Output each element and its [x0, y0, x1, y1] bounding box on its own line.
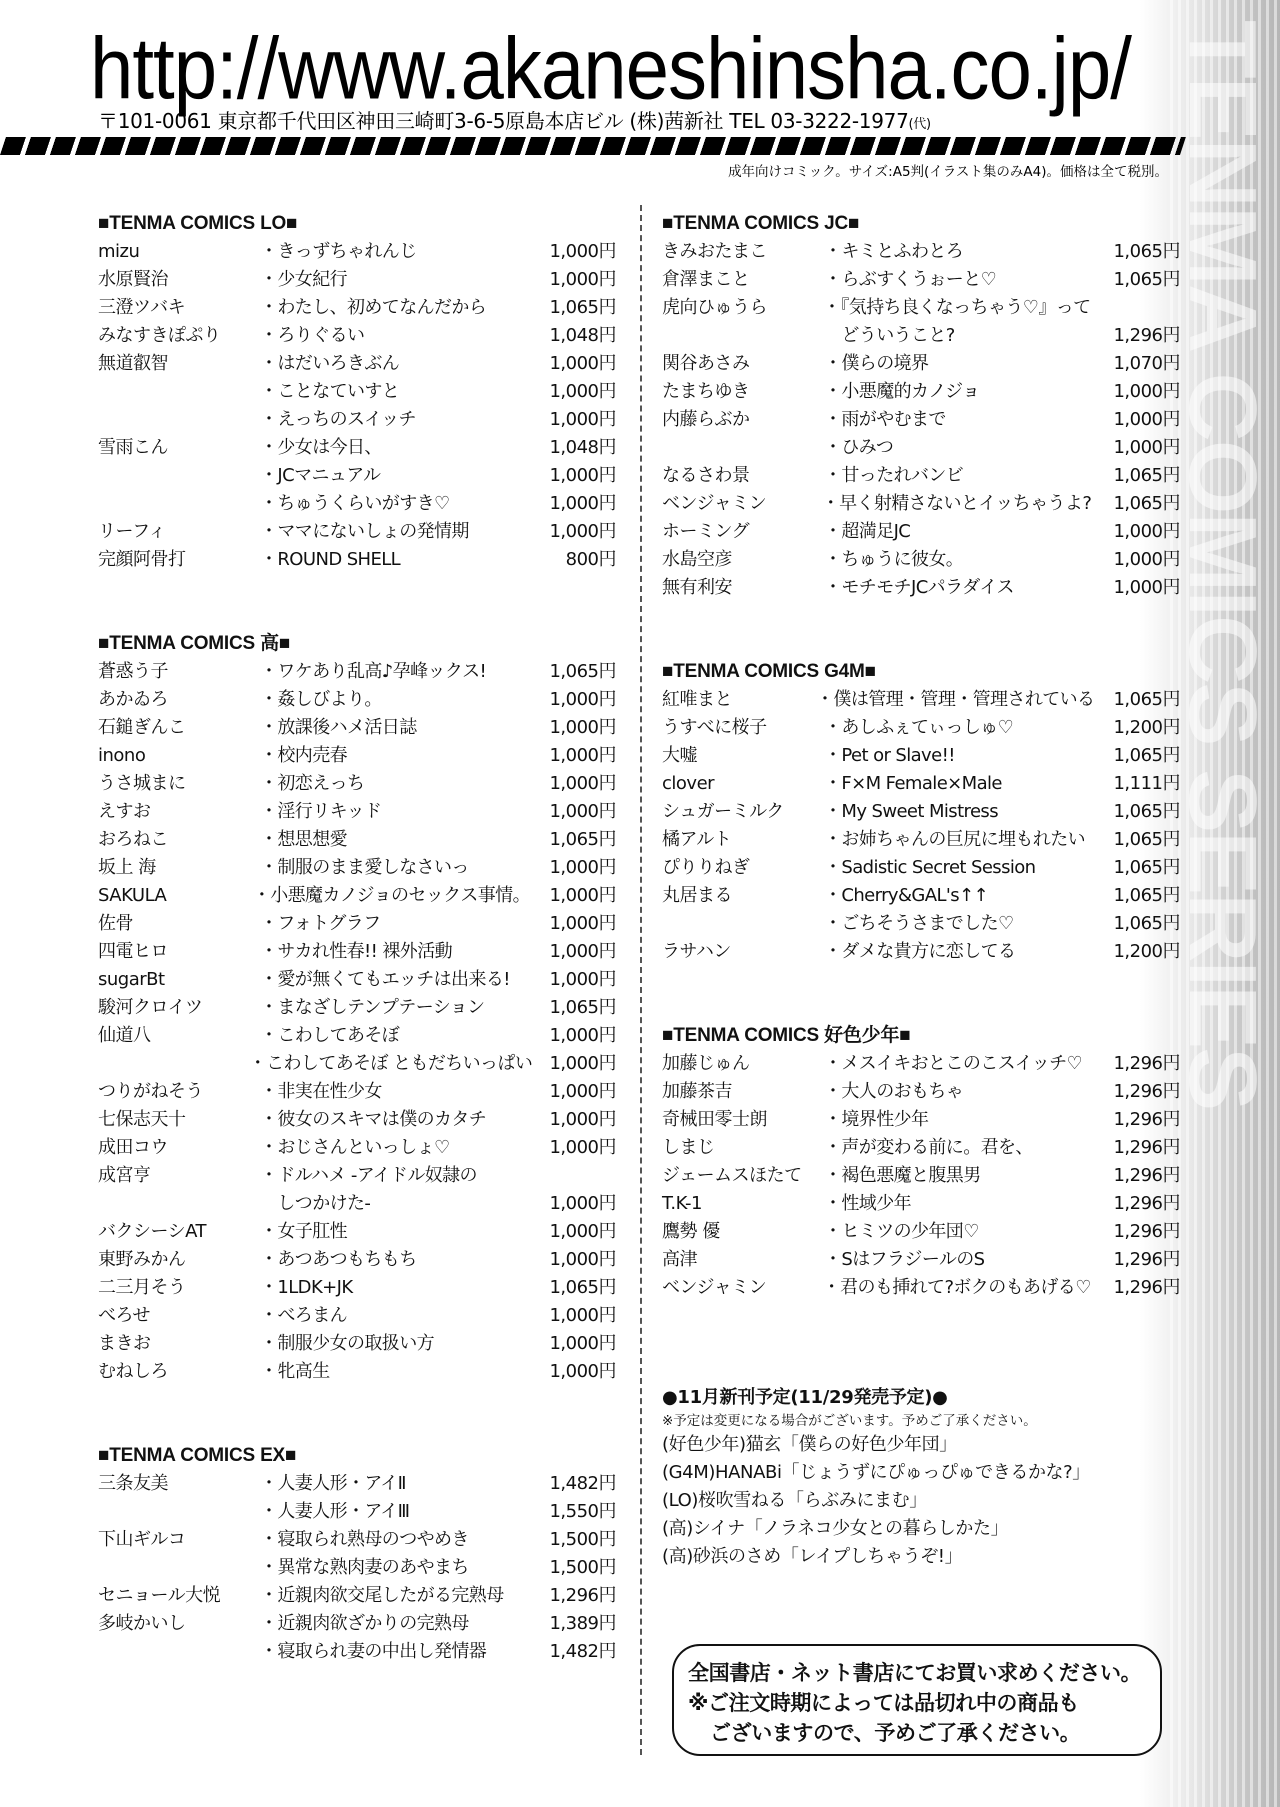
book-title: ・ちゅうくらいがすき♡ [260, 490, 526, 518]
book-author: 丸居まる [662, 882, 824, 910]
book-author: clover [662, 770, 824, 798]
book-row: うさ城まに・初恋えっち1,000円 [98, 770, 616, 798]
book-title: ・ことなていすと [260, 378, 526, 406]
book-price: 1,065円 [1094, 686, 1180, 714]
book-author: 無道叡智 [98, 350, 260, 378]
book-author: 雪雨こん [98, 434, 260, 462]
book-list: 三条友美・人妻人形・アイⅡ1,482円・人妻人形・アイⅢ1,550円下山ギルコ・… [98, 1470, 616, 1666]
book-row: 加藤じゅん・メスイキおとこのこスイッチ♡1,296円 [662, 1050, 1180, 1078]
book-title: ・1LDK+JK [260, 1274, 526, 1302]
book-title: ・らぶすくうぉーと♡ [824, 266, 1090, 294]
book-title: ・褐色悪魔と腹黒男 [824, 1162, 1090, 1190]
book-price: 1,000円 [1090, 518, 1180, 546]
book-row: 水原賢治・少女紀行1,000円 [98, 266, 616, 294]
book-price: 1,000円 [526, 854, 616, 882]
book-row: あかゐろ・姦しびより。1,000円 [98, 686, 616, 714]
schedule-item: (G4M)HANABi「じょうずにぴゅっぴゅできるかな?」 [662, 1459, 1090, 1487]
book-row: 下山ギルコ・寝取られ熟母のつやめき1,500円 [98, 1526, 616, 1554]
book-row: ・ごちそうさまでした♡1,065円 [662, 910, 1180, 938]
book-price: 1,000円 [526, 378, 616, 406]
book-price: 1,296円 [1090, 1218, 1180, 1246]
book-author: おろねこ [98, 826, 260, 854]
book-row: つりがねそう・非実在性少女1,000円 [98, 1078, 616, 1106]
book-price: 1,000円 [526, 938, 616, 966]
book-price: 1,065円 [1090, 462, 1180, 490]
book-author: ベンジャミン [662, 490, 822, 518]
book-title: ・近親肉欲交尾したがる完熟母 [260, 1582, 526, 1610]
book-row: ジェームスほたて・褐色悪魔と腹黒男1,296円 [662, 1162, 1180, 1190]
book-title: ・まなざしテンプテーション [260, 994, 526, 1022]
book-price: 1,296円 [1090, 1078, 1180, 1106]
book-author: 内藤らぶか [662, 406, 824, 434]
book-author: 東野みかん [98, 1246, 260, 1274]
book-price: 1,000円 [1090, 378, 1180, 406]
book-author: 石鎚ぎんこ [98, 714, 260, 742]
book-price: 1,000円 [1090, 434, 1180, 462]
book-row: 完顔阿骨打・ROUND SHELL800円 [98, 546, 616, 574]
address-suffix: (代) [909, 117, 931, 132]
book-row: 鷹勢 優・ヒミツの少年団♡1,296円 [662, 1218, 1180, 1246]
right-column: ■TENMA COMICS JC■ きみおたまこ・キミとふわとろ1,065円倉澤… [662, 210, 1180, 1302]
book-author: 高津 [662, 1246, 824, 1274]
book-title: ・声が変わる前に。君を、 [824, 1134, 1090, 1162]
book-row: ベンジャミン・早く射精さないとイッちゃうよ?1,065円 [662, 490, 1180, 518]
notice-line: 全国書店・ネット書店にてお買い求めください。 [688, 1658, 1160, 1688]
book-title: ・早く射精さないとイッちゃうよ? [822, 490, 1092, 518]
book-title: ・あつあつもちもち [260, 1246, 526, 1274]
book-price: 1,065円 [526, 826, 616, 854]
book-price: 1,065円 [526, 294, 616, 322]
book-author [98, 406, 260, 434]
book-price: 1,000円 [526, 1134, 616, 1162]
section-title: ■TENMA COMICS G4M■ [662, 658, 1180, 686]
book-author: SAKULA [98, 882, 253, 910]
purchase-notice-box: 全国書店・ネット書店にてお買い求めください。 ※ご注文時期によっては品切れ中の商… [672, 1644, 1162, 1756]
book-title: ・ろりぐるい [260, 322, 526, 350]
book-author: うすべに桜子 [662, 714, 824, 742]
book-row: リーフィ・ママにないしょの発情期1,000円 [98, 518, 616, 546]
book-author: 鷹勢 優 [662, 1218, 824, 1246]
book-price: 1,065円 [1090, 798, 1180, 826]
book-row: シュガーミルク・My Sweet Mistress1,065円 [662, 798, 1180, 826]
book-row: ホーミング・超満足JC1,000円 [662, 518, 1180, 546]
book-price: 1,065円 [1091, 490, 1180, 518]
book-row: 仙道八・こわしてあそぼ1,000円 [98, 1022, 616, 1050]
side-band-text: TENMA COMICS SERIES [1172, 20, 1272, 1109]
book-author: みなすきぽぷり [98, 322, 260, 350]
book-row: 橘アルト・お姉ちゃんの巨尻に埋もれたい1,065円 [662, 826, 1180, 854]
book-price: 1,048円 [526, 322, 616, 350]
address-text: 〒101-0061 東京都千代田区神田三崎町3-6-5原島本店ビル (株)茜新社… [98, 109, 909, 133]
book-author: 佐骨 [98, 910, 260, 938]
book-price: 1,550円 [526, 1498, 616, 1526]
book-row: ・ちゅうくらいがすき♡1,000円 [98, 490, 616, 518]
book-row: 無有利安・モチモチJCパラダイス1,000円 [662, 574, 1180, 602]
book-author: 水島空彦 [662, 546, 824, 574]
book-row: 石鎚ぎんこ・放課後ハメ活日誌1,000円 [98, 714, 616, 742]
book-price: 1,296円 [1090, 322, 1180, 350]
book-title: ・超満足JC [824, 518, 1090, 546]
book-title: ・キミとふわとろ [824, 238, 1090, 266]
book-row: どういうこと?1,296円 [662, 322, 1180, 350]
book-row: べろせ・べろまん1,000円 [98, 1302, 616, 1330]
book-author: むねしろ [98, 1358, 260, 1386]
book-author: ラサハン [662, 938, 824, 966]
book-author: まきお [98, 1330, 260, 1358]
book-row: むねしろ・牝高生1,000円 [98, 1358, 616, 1386]
book-row: きみおたまこ・キミとふわとろ1,065円 [662, 238, 1180, 266]
book-price: 1,000円 [526, 742, 616, 770]
book-list: mizu・きっずちゃれんじ1,000円水原賢治・少女紀行1,000円三澄ツバキ・… [98, 238, 616, 574]
book-price: 1,065円 [1090, 742, 1180, 770]
book-price: 1,296円 [1091, 1274, 1180, 1302]
book-title: ・僕は管理・管理・管理されている [816, 686, 1094, 714]
book-title: ・こわしてあそぼ [260, 1022, 526, 1050]
book-author [98, 490, 260, 518]
book-price: 1,000円 [526, 462, 616, 490]
book-price: 1,000円 [1090, 574, 1180, 602]
book-price: 1,065円 [1090, 826, 1180, 854]
book-price: 1,200円 [1090, 714, 1180, 742]
book-row: ・JCマニュアル1,000円 [98, 462, 616, 490]
book-title: ・ダメな貴方に恋してる [824, 938, 1090, 966]
section-title: ■TENMA COMICS EX■ [98, 1442, 616, 1470]
book-row: 無道叡智・はだいろきぶん1,000円 [98, 350, 616, 378]
book-author: 無有利安 [662, 574, 824, 602]
book-price: 1,000円 [526, 686, 616, 714]
book-price: 1,000円 [526, 966, 616, 994]
book-row: 雪雨こん・少女は今日、1,048円 [98, 434, 616, 462]
schedule-item: (高)シイナ「ノラネコ少女との暮らしかた」 [662, 1515, 1090, 1543]
book-row: 蒼惑う子・ワケあり乱高♪孕峰ックス!1,065円 [98, 658, 616, 686]
book-author [98, 1554, 260, 1582]
book-row: 高津・SはフラジールのS1,296円 [662, 1246, 1180, 1274]
book-price: 1,296円 [1090, 1106, 1180, 1134]
book-price: 1,000円 [526, 714, 616, 742]
book-title: ・ワケあり乱高♪孕峰ックス! [260, 658, 526, 686]
book-author: sugarBt [98, 966, 260, 994]
book-row: 東野みかん・あつあつもちもち1,000円 [98, 1246, 616, 1274]
book-title: ・小悪魔カノジョのセックス事情。 [253, 882, 530, 910]
book-price: 1,065円 [526, 658, 616, 686]
book-author: 奇械田零士朗 [662, 1106, 824, 1134]
book-row: ・人妻人形・アイⅢ1,550円 [98, 1498, 616, 1526]
book-title: ・サカれ性春!! 裸外活動 [260, 938, 526, 966]
book-row: まきお・制服少女の取扱い方1,000円 [98, 1330, 616, 1358]
book-row: 四電ヒロ・サカれ性春!! 裸外活動1,000円 [98, 938, 616, 966]
book-row: たまちゆき・小悪魔的カノジョ1,000円 [662, 378, 1180, 406]
book-title: ・校内売春 [260, 742, 526, 770]
book-row: 駿河クロイツ・まなざしテンプテーション1,065円 [98, 994, 616, 1022]
book-title: ・制服のまま愛しなさいっ [260, 854, 526, 882]
book-author: 七保志天十 [98, 1106, 260, 1134]
pricing-note: 成年向けコミック。サイズ:A5判(イラスト集のみA4)。価格は全て税別。 [728, 160, 1168, 180]
column-divider [640, 205, 642, 1755]
book-price: 1,500円 [526, 1554, 616, 1582]
section-lo: ■TENMA COMICS LO■ mizu・きっずちゃれんじ1,000円水原賢… [98, 210, 616, 574]
book-list: きみおたまこ・キミとふわとろ1,065円倉澤まこと・らぶすくうぉーと♡1,065… [662, 238, 1180, 602]
book-row: 三条友美・人妻人形・アイⅡ1,482円 [98, 1470, 616, 1498]
book-row: ・ことなていすと1,000円 [98, 378, 616, 406]
book-row: うすべに桜子・あしふぇてぃっしゅ♡1,200円 [662, 714, 1180, 742]
book-title: ・牝高生 [260, 1358, 526, 1386]
book-author [98, 1050, 249, 1078]
book-row: 虎向ひゅうら・『気持ち良くなっちゃう♡』って [662, 294, 1180, 322]
book-title: ・人妻人形・アイⅢ [260, 1498, 526, 1526]
section-title: ■TENMA COMICS 高■ [98, 630, 616, 658]
book-row: ・ひみつ1,000円 [662, 434, 1180, 462]
book-price: 1,000円 [526, 266, 616, 294]
schedule-item: (高)砂浜のさめ「レイプしちゃうぞ!」 [662, 1543, 1090, 1571]
book-author: 関谷あさみ [662, 350, 824, 378]
book-row: ラサハン・ダメな貴方に恋してる1,200円 [662, 938, 1180, 966]
book-author: べろせ [98, 1302, 260, 1330]
book-title: ・少女紀行 [260, 266, 526, 294]
book-row: 多岐かいし・近親肉欲ざかりの完熟母1,389円 [98, 1610, 616, 1638]
book-author: しまじ [662, 1134, 824, 1162]
book-title: ・あしふぇてぃっしゅ♡ [824, 714, 1090, 742]
book-price: 1,296円 [1090, 1050, 1180, 1078]
book-title: ・きっずちゃれんじ [260, 238, 526, 266]
book-row: バクシーシAT・女子肛性1,000円 [98, 1218, 616, 1246]
book-price: 1,000円 [526, 1330, 616, 1358]
book-title: ・ごちそうさまでした♡ [824, 910, 1090, 938]
book-price: 1,000円 [526, 490, 616, 518]
book-author: ぴりりねぎ [662, 854, 824, 882]
book-price: 1,482円 [526, 1638, 616, 1666]
book-title: ・初恋えっち [260, 770, 526, 798]
book-author: 紅唯まと [662, 686, 816, 714]
book-title: ・君のも挿れて?ボクのもあげる♡ [823, 1274, 1091, 1302]
section-kou: ■TENMA COMICS 高■ 蒼惑う子・ワケあり乱高♪孕峰ックス!1,065… [98, 630, 616, 1386]
book-author: mizu [98, 238, 260, 266]
book-title: ・甘ったれバンビ [824, 462, 1090, 490]
book-title: ・性域少年 [824, 1190, 1090, 1218]
book-title: ・姦しびより。 [260, 686, 526, 714]
book-author: なるさわ景 [662, 462, 824, 490]
book-author: 駿河クロイツ [98, 994, 260, 1022]
book-list: 加藤じゅん・メスイキおとこのこスイッチ♡1,296円加藤茶吉・大人のおもちゃ1,… [662, 1050, 1180, 1302]
book-author: 加藤じゅん [662, 1050, 824, 1078]
book-price: 1,000円 [526, 798, 616, 826]
book-title: ・人妻人形・アイⅡ [260, 1470, 526, 1498]
book-row: 内藤らぶか・雨がやむまで1,000円 [662, 406, 1180, 434]
book-row: しまじ・声が変わる前に。君を、1,296円 [662, 1134, 1180, 1162]
book-author: 成田コウ [98, 1134, 260, 1162]
book-price: 1,000円 [526, 1302, 616, 1330]
book-title: ・ひみつ [824, 434, 1090, 462]
book-price: 1,000円 [526, 1078, 616, 1106]
book-price: 1,000円 [526, 350, 616, 378]
book-title: ・べろまん [260, 1302, 526, 1330]
book-title: ・はだいろきぶん [260, 350, 526, 378]
book-price: 1,000円 [526, 1218, 616, 1246]
book-price: 1,065円 [1090, 854, 1180, 882]
section-ex: ■TENMA COMICS EX■ 三条友美・人妻人形・アイⅡ1,482円・人妻… [98, 1442, 616, 1666]
section-g4m: ■TENMA COMICS G4M■ 紅唯まと・僕は管理・管理・管理されている1… [662, 658, 1180, 966]
book-title: ・SはフラジールのS [824, 1246, 1090, 1274]
book-author: えすお [98, 798, 260, 826]
book-row: みなすきぽぷり・ろりぐるい1,048円 [98, 322, 616, 350]
book-price: 1,000円 [526, 518, 616, 546]
book-price: 1,000円 [526, 1358, 616, 1386]
book-title: ・『気持ち良くなっちゃう♡』って [823, 294, 1091, 322]
book-author: セニョール大悦 [98, 1582, 260, 1610]
book-price: 1,296円 [1090, 1190, 1180, 1218]
publisher-address: 〒101-0061 東京都千代田区神田三崎町3-6-5原島本店ビル (株)茜新社… [98, 105, 931, 134]
book-row: mizu・きっずちゃれんじ1,000円 [98, 238, 616, 266]
schedule-note: ※予定は変更になる場合がございます。予めご了承ください。 [662, 1411, 1090, 1431]
book-row: T.K-1・性域少年1,296円 [662, 1190, 1180, 1218]
release-schedule: ●11月新刊予定(11/29発売予定)● ※予定は変更になる場合がございます。予… [662, 1385, 1090, 1571]
book-price: 1,000円 [532, 1050, 616, 1078]
book-author: たまちゆき [662, 378, 824, 406]
book-title: ・ドルハメ -アイドル奴隷の [260, 1162, 526, 1190]
book-author: あかゐろ [98, 686, 260, 714]
book-author: シュガーミルク [662, 798, 824, 826]
book-price: 1,000円 [526, 1106, 616, 1134]
book-author: うさ城まに [98, 770, 260, 798]
book-price: 1,065円 [1090, 266, 1180, 294]
book-row: 関谷あさみ・僕らの境界1,070円 [662, 350, 1180, 378]
book-price [526, 1162, 616, 1190]
book-title: ・雨がやむまで [824, 406, 1090, 434]
book-title: ・おじさんといっしょ♡ [260, 1134, 526, 1162]
book-title: ・Cherry&GAL's↑↑ [824, 882, 1090, 910]
book-title: ・寝取られ熟母のつやめき [260, 1526, 526, 1554]
book-title: ・メスイキおとこのこスイッチ♡ [824, 1050, 1090, 1078]
book-price: 800円 [526, 546, 616, 574]
book-author: ホーミング [662, 518, 824, 546]
book-author: 虎向ひゅうら [662, 294, 823, 322]
book-author: バクシーシAT [98, 1218, 260, 1246]
book-row: ・異常な熟肉妻のあやまち1,500円 [98, 1554, 616, 1582]
notice-line: ございますので、予めご了承ください。 [688, 1718, 1160, 1748]
book-row: おろねこ・想思想愛1,065円 [98, 826, 616, 854]
book-title: ・JCマニュアル [260, 462, 526, 490]
book-price: 1,000円 [526, 1246, 616, 1274]
book-title: ・ちゅうに彼女。 [824, 546, 1090, 574]
book-row: 奇械田零士朗・境界性少年1,296円 [662, 1106, 1180, 1134]
book-price [1091, 294, 1180, 322]
book-author: 二三月そう [98, 1274, 260, 1302]
section-title: ■TENMA COMICS 好色少年■ [662, 1022, 1180, 1050]
book-author [662, 910, 824, 938]
book-price: 1,070円 [1090, 350, 1180, 378]
book-author: 四電ヒロ [98, 938, 260, 966]
book-author: inono [98, 742, 260, 770]
book-row: しつかけた-1,000円 [98, 1190, 616, 1218]
schedule-item: (LO)桜吹雪ねる「らぶみにまむ」 [662, 1487, 1090, 1515]
book-row: inono・校内売春1,000円 [98, 742, 616, 770]
book-author: 大嘘 [662, 742, 824, 770]
book-author [98, 462, 260, 490]
book-row: 加藤茶吉・大人のおもちゃ1,296円 [662, 1078, 1180, 1106]
book-price: 1,111円 [1090, 770, 1180, 798]
schedule-title: ●11月新刊予定(11/29発売予定)● [662, 1385, 1090, 1411]
book-price: 1,000円 [526, 406, 616, 434]
book-row: ベンジャミン・君のも挿れて?ボクのもあげる♡1,296円 [662, 1274, 1180, 1302]
book-title: ・モチモチJCパラダイス [824, 574, 1090, 602]
book-price: 1,200円 [1090, 938, 1180, 966]
book-author [98, 1190, 260, 1218]
book-price: 1,065円 [526, 994, 616, 1022]
book-author: 橘アルト [662, 826, 824, 854]
book-title: ・えっちのスイッチ [260, 406, 526, 434]
book-title: ・フォトグラフ [260, 910, 526, 938]
book-price: 1,389円 [526, 1610, 616, 1638]
book-title: ・小悪魔的カノジョ [824, 378, 1090, 406]
book-row: ・えっちのスイッチ1,000円 [98, 406, 616, 434]
book-price: 1,000円 [530, 882, 616, 910]
book-row: 坂上 海・制服のまま愛しなさいっ1,000円 [98, 854, 616, 882]
book-title: ・女子肛性 [260, 1218, 526, 1246]
book-author: 水原賢治 [98, 266, 260, 294]
book-row: sugarBt・愛が無くてもエッチは出来る!1,000円 [98, 966, 616, 994]
section-jc: ■TENMA COMICS JC■ きみおたまこ・キミとふわとろ1,065円倉澤… [662, 210, 1180, 602]
book-row: 佐骨・フォトグラフ1,000円 [98, 910, 616, 938]
book-row: 倉澤まこと・らぶすくうぉーと♡1,065円 [662, 266, 1180, 294]
book-title: ・お姉ちゃんの巨尻に埋もれたい [824, 826, 1090, 854]
book-row: ・寝取られ妻の中出し発情器1,482円 [98, 1638, 616, 1666]
book-title: ・境界性少年 [824, 1106, 1090, 1134]
book-list: 蒼惑う子・ワケあり乱高♪孕峰ックス!1,065円あかゐろ・姦しびより。1,000… [98, 658, 616, 1386]
book-author: ジェームスほたて [662, 1162, 824, 1190]
book-title: ・寝取られ妻の中出し発情器 [260, 1638, 526, 1666]
book-author: ベンジャミン [662, 1274, 823, 1302]
book-row: 丸居まる・Cherry&GAL's↑↑1,065円 [662, 882, 1180, 910]
book-price: 1,000円 [526, 1190, 616, 1218]
book-author: つりがねそう [98, 1078, 260, 1106]
book-row: 水島空彦・ちゅうに彼女。1,000円 [662, 546, 1180, 574]
book-row: 紅唯まと・僕は管理・管理・管理されている1,065円 [662, 686, 1180, 714]
book-row: 二三月そう・1LDK+JK1,065円 [98, 1274, 616, 1302]
book-title: ・非実在性少女 [260, 1078, 526, 1106]
book-price: 1,296円 [526, 1582, 616, 1610]
book-price: 1,000円 [526, 1022, 616, 1050]
schedule-item: (好色少年)猫玄「僕らの好色少年団」 [662, 1431, 1090, 1459]
book-title: ・異常な熟肉妻のあやまち [260, 1554, 526, 1582]
book-price: 1,296円 [1090, 1246, 1180, 1274]
book-title: ・F×M Female×Male [824, 770, 1090, 798]
book-row: 大嘘・Pet or Slave!!1,065円 [662, 742, 1180, 770]
book-title: ・ROUND SHELL [260, 546, 526, 574]
book-list: 紅唯まと・僕は管理・管理・管理されている1,065円うすべに桜子・あしふぇてぃっ… [662, 686, 1180, 966]
book-price: 1,296円 [1090, 1134, 1180, 1162]
book-row: 七保志天十・彼女のスキマは僕のカタチ1,000円 [98, 1106, 616, 1134]
book-author: 下山ギルコ [98, 1526, 260, 1554]
book-author: 加藤茶吉 [662, 1078, 824, 1106]
book-row: 成宮亨・ドルハメ -アイドル奴隷の [98, 1162, 616, 1190]
book-title: ・大人のおもちゃ [824, 1078, 1090, 1106]
book-price: 1,296円 [1090, 1162, 1180, 1190]
book-price: 1,500円 [526, 1526, 616, 1554]
book-author: 坂上 海 [98, 854, 260, 882]
book-price: 1,065円 [1090, 238, 1180, 266]
book-title: ・Sadistic Secret Session [824, 854, 1090, 882]
book-author: 完顔阿骨打 [98, 546, 260, 574]
book-row: clover・F×M Female×Male1,111円 [662, 770, 1180, 798]
book-price: 1,000円 [526, 910, 616, 938]
book-title: ・Pet or Slave!! [824, 742, 1090, 770]
book-title: ・淫行リキッド [260, 798, 526, 826]
book-author [98, 1638, 260, 1666]
book-title: ・想思想愛 [260, 826, 526, 854]
book-row: 成田コウ・おじさんといっしょ♡1,000円 [98, 1134, 616, 1162]
book-title: どういうこと? [824, 322, 1090, 350]
book-author [98, 378, 260, 406]
book-row: ・こわしてあそぼ ともだちいっぱい1,000円 [98, 1050, 616, 1078]
